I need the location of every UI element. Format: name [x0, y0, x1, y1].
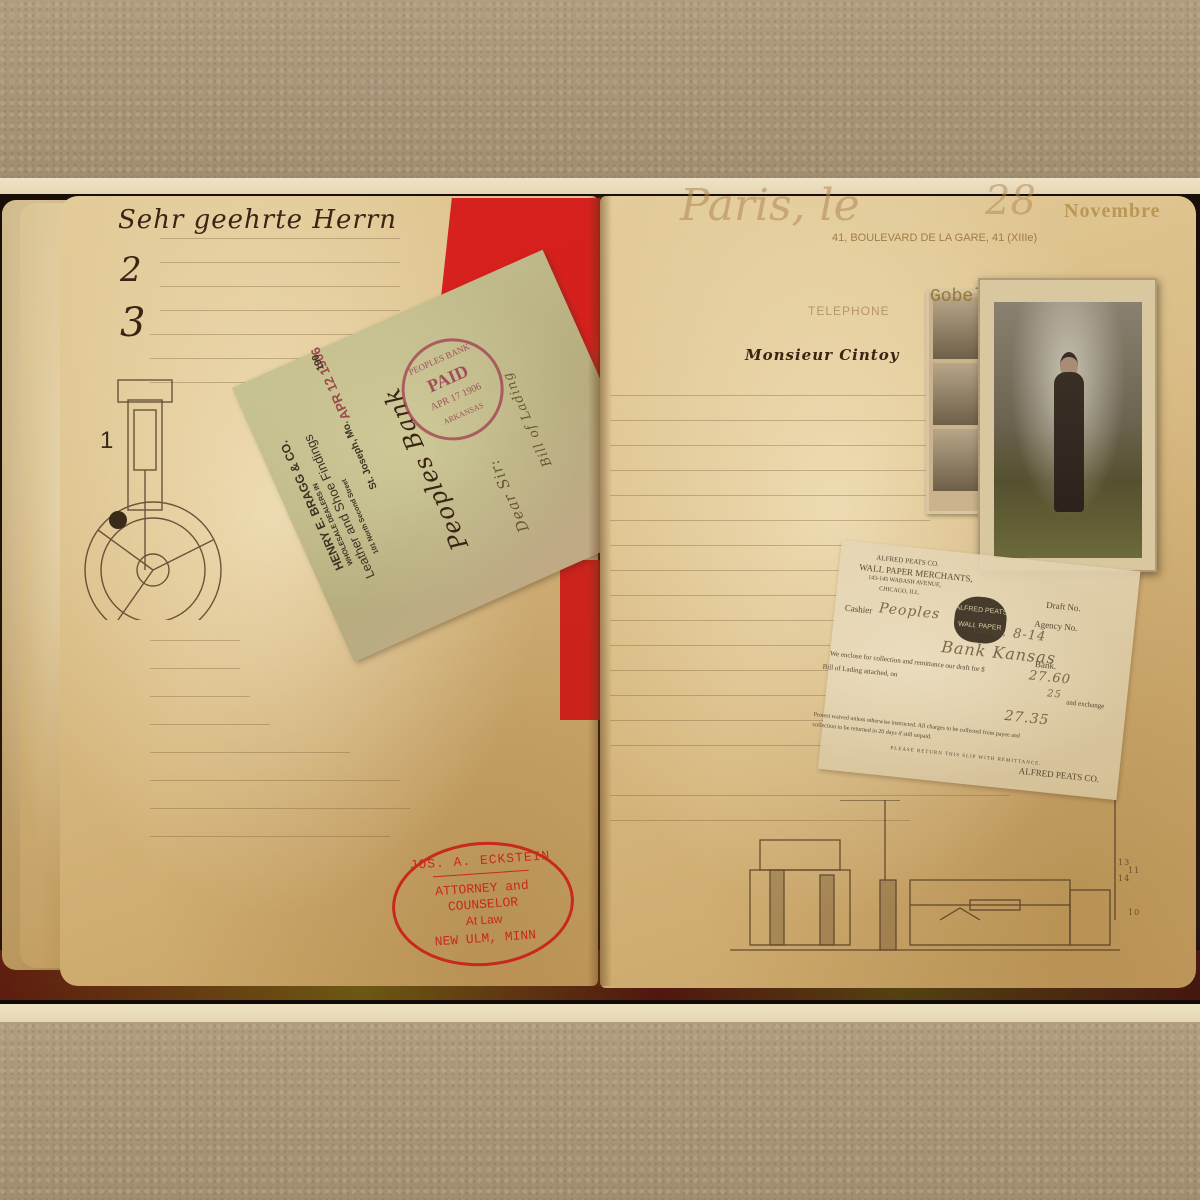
book-gutter	[588, 196, 612, 986]
letterhead-month: Novembre	[1064, 200, 1161, 223]
letterhead-city: Paris, le	[680, 180, 860, 231]
engine-patent-drawing: 1	[78, 360, 228, 620]
page-number: 2	[120, 250, 143, 290]
receipt-handwriting: Bill of Lading	[500, 369, 555, 469]
background-texture-top	[0, 0, 1200, 178]
page-number: 3	[120, 300, 146, 346]
telephone-label: TELEPHONE	[808, 304, 890, 318]
alfred-peats-logo: ALFRED PEATS WALL PAPER	[952, 594, 1009, 645]
paper-strip-bottom	[0, 1004, 1200, 1022]
handwriting-heading: Sehr geehrte Herrn	[118, 205, 397, 235]
handwriting-heading: Monsieur Cintoy	[745, 346, 899, 364]
svg-text:1: 1	[100, 427, 113, 454]
vintage-photograph	[978, 278, 1157, 572]
letterhead-day: 28	[985, 178, 1036, 224]
alfred-peats-draft: ALFRED PEATS CO. WALL PAPER MERCHANTS, 1…	[818, 540, 1140, 800]
letterhead-address: 41, BOULEVARD DE LA GARE, 41 (XIIIe)	[832, 232, 1037, 244]
background-texture-bottom	[0, 1022, 1200, 1200]
machine-patent-drawing	[720, 800, 1140, 960]
photo-man-in-coat	[994, 302, 1142, 558]
receipt-handwriting: Dear Sir:	[485, 456, 533, 535]
